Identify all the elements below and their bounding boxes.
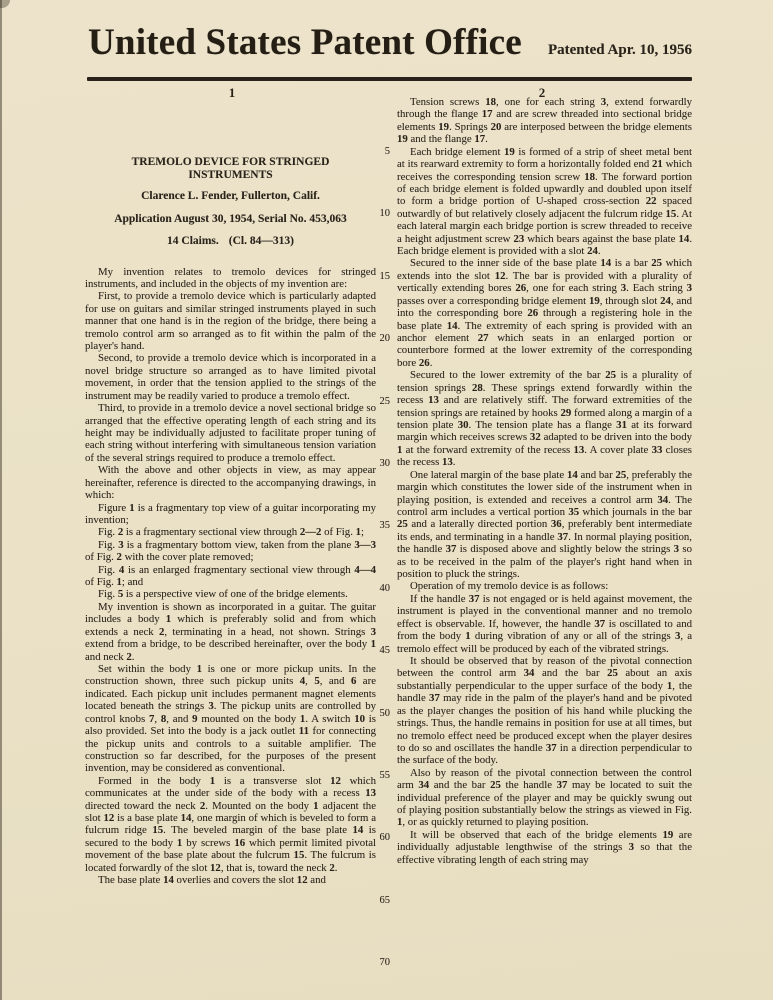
patent-office-title: United States Patent Office (88, 24, 522, 61)
paragraph: Figure 1 is a fragmentary top view of a … (85, 502, 376, 527)
patented-date: Patented Apr. 10, 1956 (548, 42, 692, 61)
scan-edge-artifact (0, 0, 2, 1000)
line-number: 70 (366, 957, 390, 969)
paragraph: The base plate 14 overlies and covers th… (85, 874, 376, 886)
line-number-gutter: 510152025303540455055606570 (366, 0, 390, 1000)
column-2-text: Tension screws 18, one for each string 3… (397, 96, 692, 988)
paragraph: Second, to provide a tremolo device whic… (85, 352, 376, 402)
paragraph: With the above and other objects in view… (85, 464, 376, 501)
column-number-1: 1 (212, 85, 252, 101)
claims-count: 14 Claims. (167, 235, 219, 247)
paragraph: Tension screws 18, one for each string 3… (397, 96, 692, 146)
invention-title: TREMOLO DEVICE FOR STRINGED INSTRUMENTS (85, 156, 376, 181)
paragraph: Third, to provide in a tremolo device a … (85, 402, 376, 464)
line-number: 20 (366, 333, 390, 345)
paragraph: Fig. 3 is a fragmentary bottom view, tak… (85, 539, 376, 564)
title-block: TREMOLO DEVICE FOR STRINGED INSTRUMENTS … (85, 156, 376, 248)
paragraph: Secured to the inner side of the base pl… (397, 257, 692, 369)
masthead: United States Patent Office Patented Apr… (88, 24, 692, 61)
paragraph: My invention is shown as incorporated in… (85, 601, 376, 663)
paragraph: Operation of my tremolo device is as fol… (397, 580, 692, 592)
line-number: 50 (366, 708, 390, 720)
patent-page: { "header": { "office_name": "United Sta… (0, 0, 773, 1000)
line-number: 35 (366, 520, 390, 532)
paragraph: Fig. 5 is a perspective view of one of t… (85, 588, 376, 600)
line-number: 5 (366, 146, 390, 158)
claims-classification: (Cl. 84—313) (229, 235, 294, 247)
paragraph: Fig. 4 is an enlarged fragmentary sectio… (85, 564, 376, 589)
line-number: 45 (366, 645, 390, 657)
paragraph: First, to provide a tremolo device which… (85, 290, 376, 352)
line-number: 10 (366, 208, 390, 220)
paragraph: My invention relates to tremolo devices … (85, 266, 376, 291)
column-1-text: My invention relates to tremolo devices … (85, 266, 376, 988)
paragraph: It should be observed that by reason of … (397, 655, 692, 767)
line-number: 30 (366, 458, 390, 470)
paragraph: If the handle 37 is not engaged or is he… (397, 593, 692, 655)
paragraph: Also by reason of the pivotal connection… (397, 767, 692, 829)
line-number: 25 (366, 396, 390, 408)
paragraph: It will be observed that each of the bri… (397, 829, 692, 866)
invention-title-line1: TREMOLO DEVICE FOR STRINGED (85, 156, 376, 169)
invention-title-line2: INSTRUMENTS (85, 169, 376, 182)
paragraph: Each bridge element 19 is formed of a st… (397, 146, 692, 258)
line-number: 40 (366, 583, 390, 595)
application-line: Application August 30, 1954, Serial No. … (85, 213, 376, 226)
paragraph: Set within the body 1 is one or more pic… (85, 663, 376, 775)
paragraph: Formed in the body 1 is a transverse slo… (85, 775, 376, 874)
line-number: 65 (366, 895, 390, 907)
paragraph: Fig. 2 is a fragmentary sectional view t… (85, 526, 376, 538)
line-number: 15 (366, 271, 390, 283)
inventor-line: Clarence L. Fender, Fullerton, Calif. (85, 190, 376, 203)
paragraph: One lateral margin of the base plate 14 … (397, 469, 692, 581)
line-number: 60 (366, 832, 390, 844)
line-number: 55 (366, 770, 390, 782)
claims-line: 14 Claims.(Cl. 84—313) (85, 235, 376, 248)
scanned-patent-page: United States Patent Office Patented Apr… (0, 0, 773, 1000)
paragraph: Secured to the lower extremity of the ba… (397, 369, 692, 468)
